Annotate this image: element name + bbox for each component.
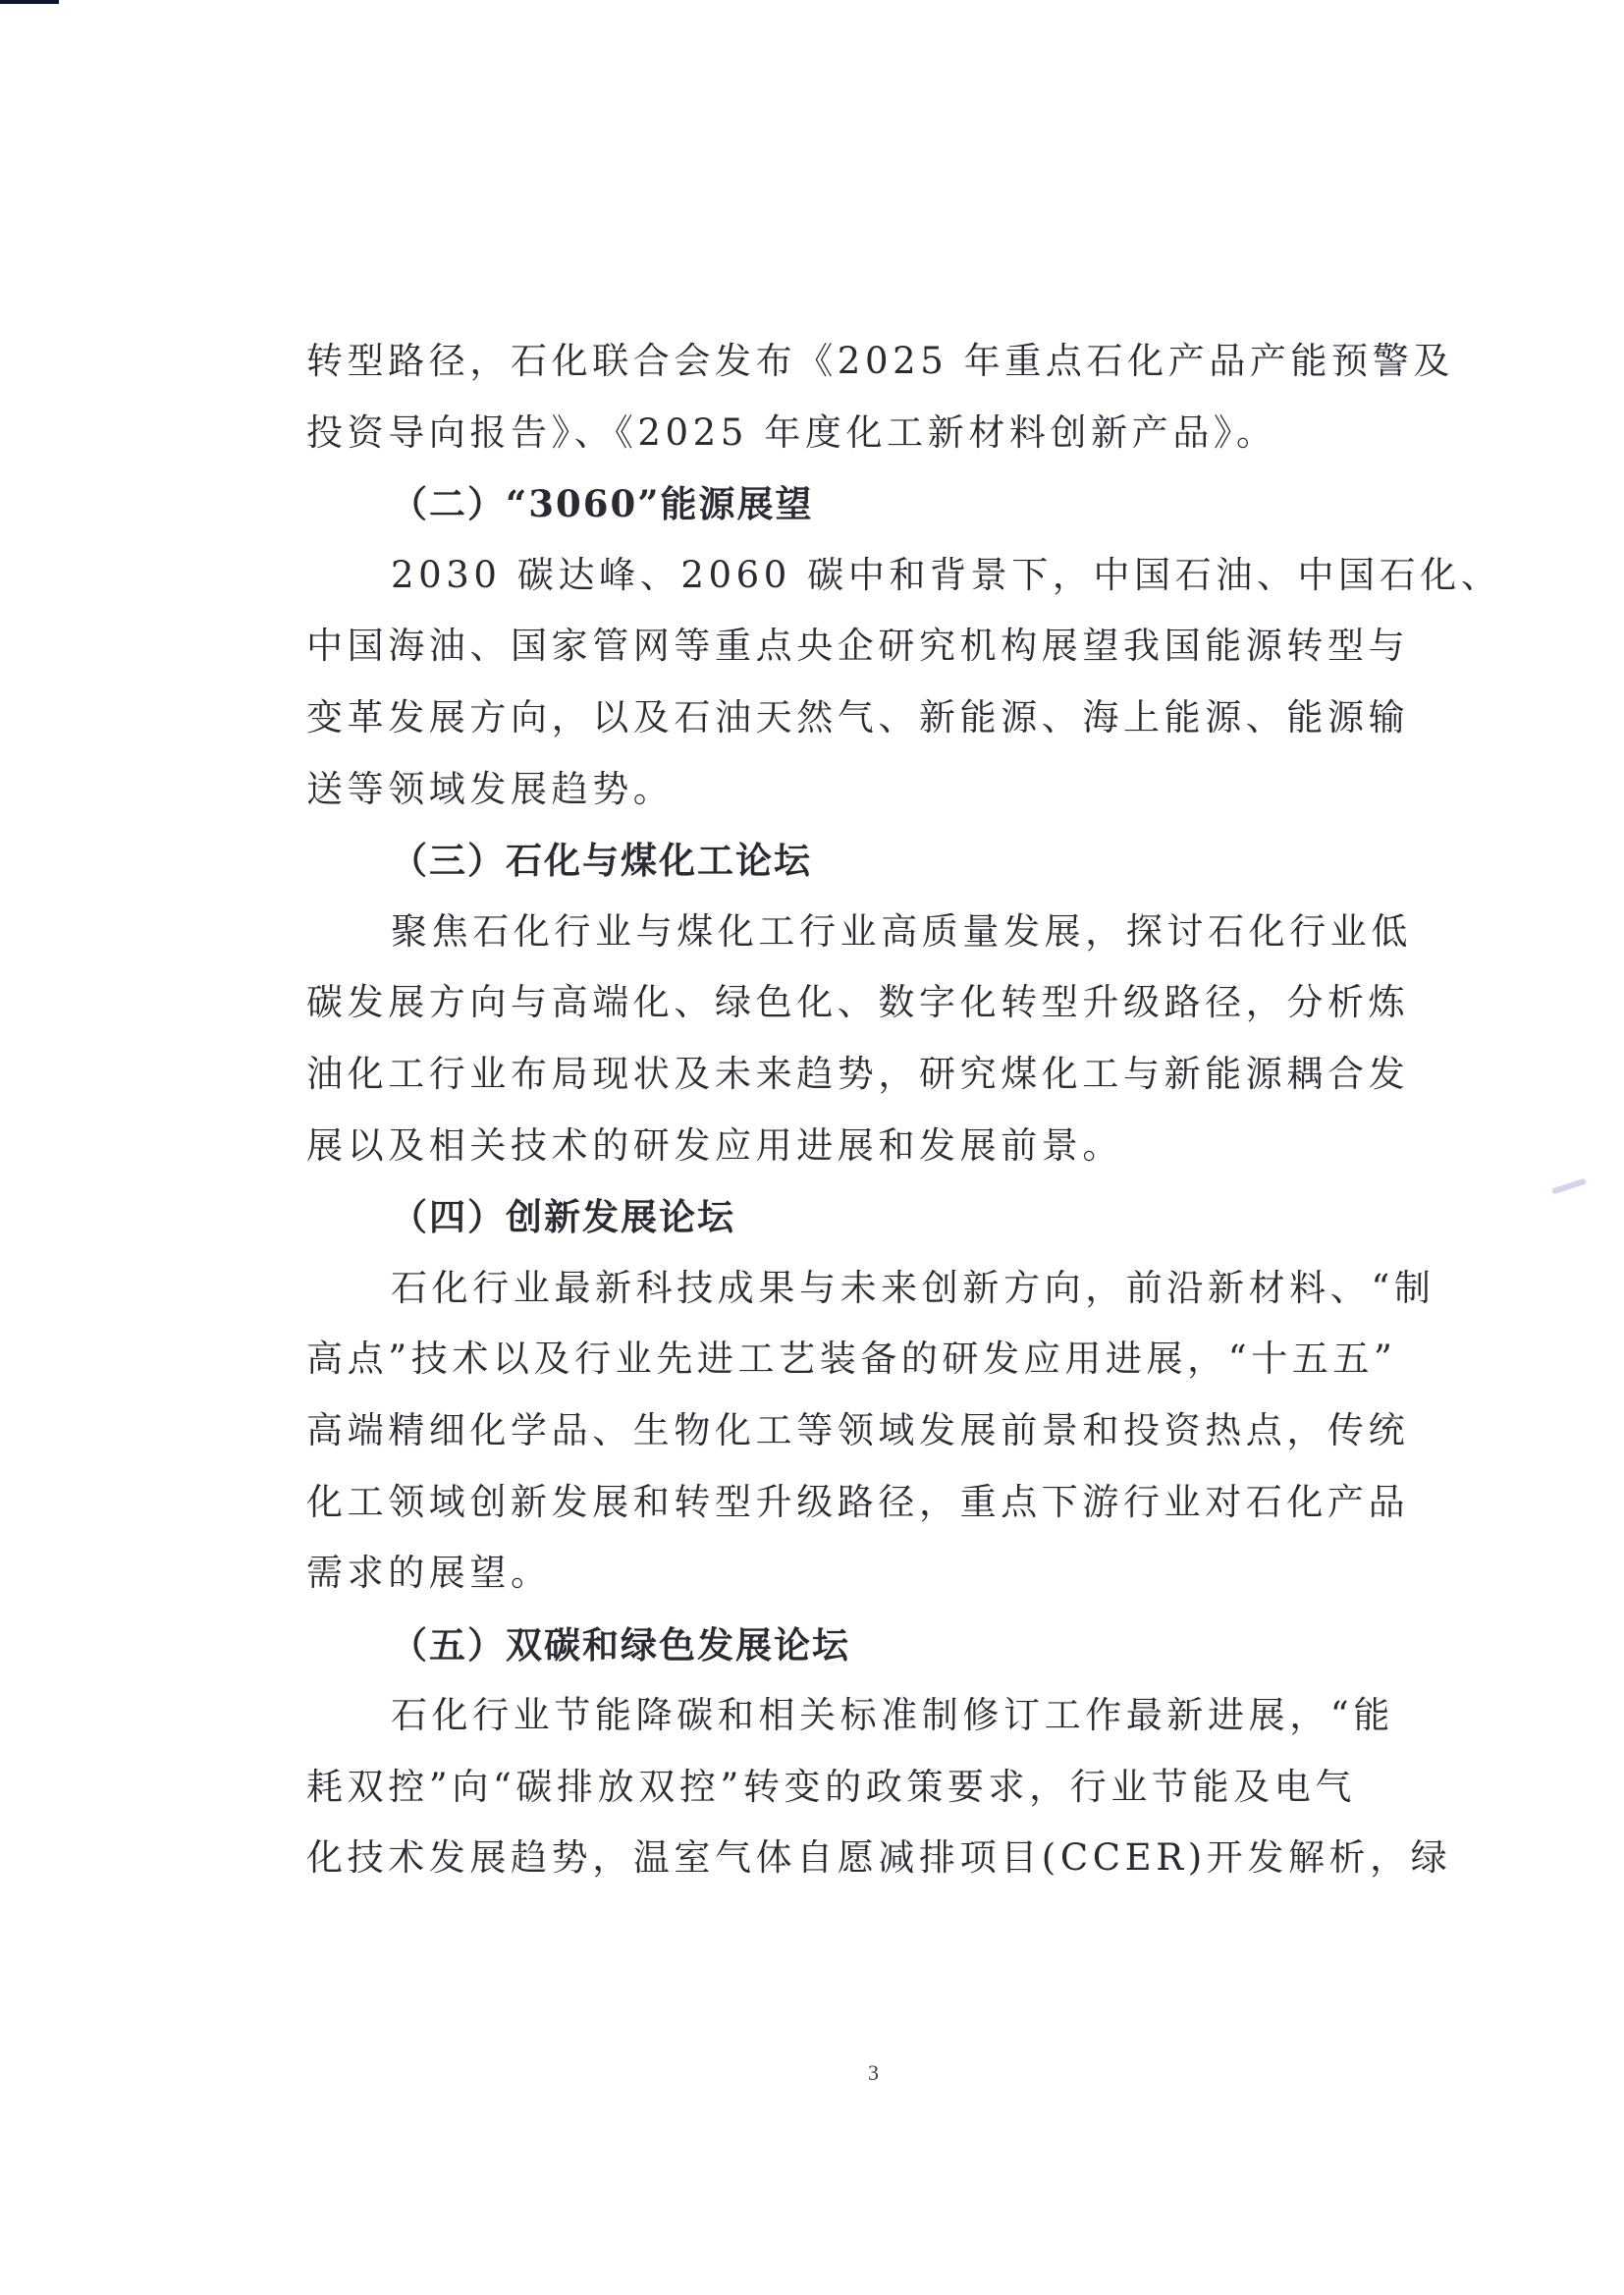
body-line: 石化行业节能降碳和相关标准制修订工作最新进展，“能: [306, 1680, 1455, 1752]
body-line: 化技术发展趋势，温室气体自愿减排项目(CCER)开发解析，绿: [306, 1823, 1455, 1894]
body-line: 送等领域发展趋势。: [306, 754, 1455, 826]
section-heading-energy-outlook: （二）“3060”能源展望: [306, 468, 1455, 540]
body-line: 投资导向报告》、《2025 年度化工新材料创新产品》。: [306, 398, 1455, 469]
body-line: 油化工行业布局现状及未来趋势，研究煤化工与新能源耦合发: [306, 1039, 1455, 1111]
body-line: 展以及相关技术的研发应用进展和发展前景。: [306, 1111, 1455, 1182]
body-line: 化工领域创新发展和转型升级路径，重点下游行业对石化产品: [306, 1467, 1455, 1539]
page-number: 3: [868, 2060, 879, 2086]
body-line: 石化行业最新科技成果与未来创新方向，前沿新材料、“制: [306, 1253, 1455, 1325]
scan-edge-mark: [0, 0, 59, 4]
body-line: 碳发展方向与高端化、绿色化、数字化转型升级路径，分析炼: [306, 967, 1455, 1039]
body-line: 需求的展望。: [306, 1538, 1455, 1610]
body-line: 转型路径，石化联合会发布《2025 年重点石化产品产能预警及: [306, 326, 1455, 398]
body-line: 高点”技术以及行业先进工艺装备的研发应用进展，“十五五”: [306, 1324, 1455, 1395]
section-heading-dual-carbon-forum: （五）双碳和绿色发展论坛: [306, 1610, 1455, 1681]
document-body: 转型路径，石化联合会发布《2025 年重点石化产品产能预警及 投资导向报告》、《…: [306, 326, 1455, 1894]
scan-artifact: [1551, 1178, 1587, 1195]
body-line: 耗双控”向“碳排放双控”转变的政策要求，行业节能及电气: [306, 1752, 1455, 1824]
body-line: 高端精细化学品、生物化工等领域发展前景和投资热点，传统: [306, 1395, 1455, 1467]
body-line: 聚焦石化行业与煤化工行业高质量发展，探讨石化行业低: [306, 897, 1455, 968]
body-line: 2030 碳达峰、2060 碳中和背景下，中国石油、中国石化、: [306, 540, 1455, 612]
body-line: 变革发展方向，以及石油天然气、新能源、海上能源、能源输: [306, 683, 1455, 754]
body-line: 中国海油、国家管网等重点央企研究机构展望我国能源转型与: [306, 611, 1455, 683]
section-heading-innovation-forum: （四）创新发展论坛: [306, 1181, 1455, 1253]
section-heading-petrochem-coal-forum: （三）石化与煤化工论坛: [306, 825, 1455, 897]
